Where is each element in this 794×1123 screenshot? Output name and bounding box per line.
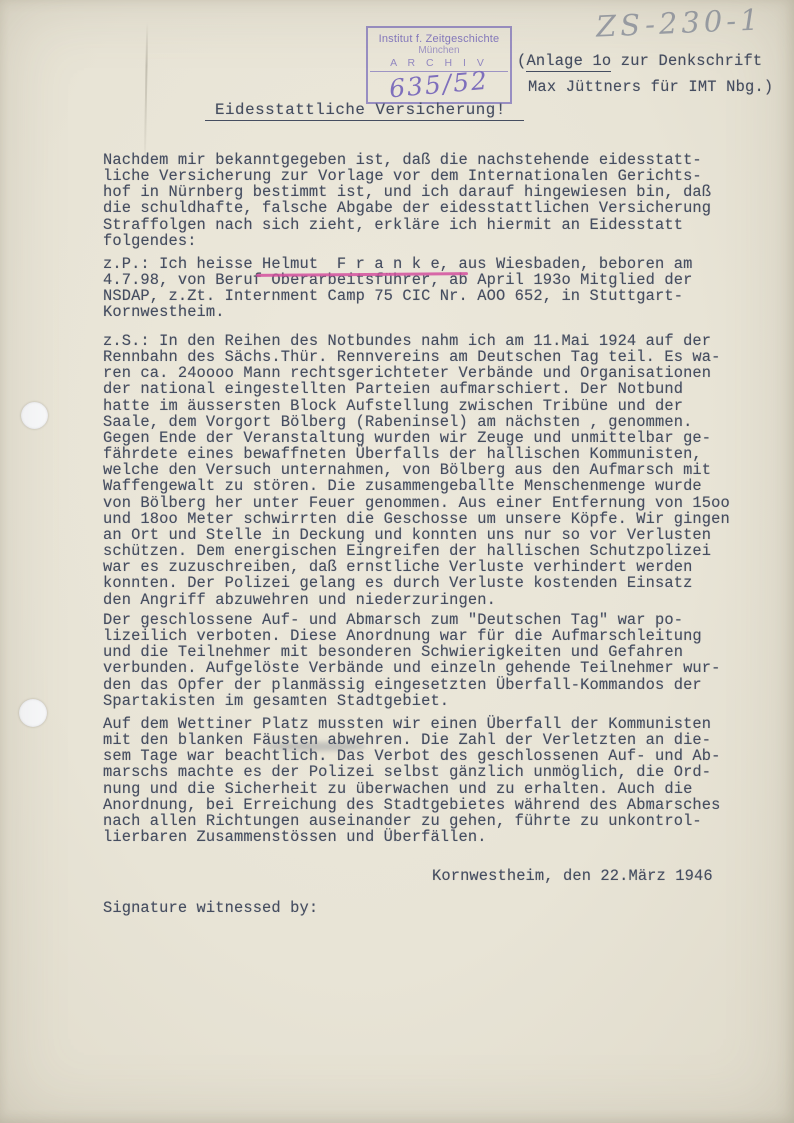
- stamp-institute-name: Institut f. Zeitgeschichte: [368, 33, 510, 45]
- ink-smudge: [266, 742, 366, 751]
- signature-witness-line: Signature witnessed by:: [103, 900, 318, 916]
- anlage-rest: zur Denkschrift: [611, 52, 762, 70]
- paragraph-zur-person: z.P.: Ich heisse Helmut F r a n k e, aus…: [103, 256, 753, 321]
- archive-stamp: Institut f. Zeitgeschichte München A R C…: [366, 26, 512, 104]
- hole-punch-bottom: [19, 699, 47, 727]
- document-page: ZS-230-1 Institut f. Zeitgeschichte Münc…: [0, 0, 794, 1123]
- annotation-anlage-line2: Max Jüttners für IMT Nbg.): [528, 78, 773, 96]
- anlage-number-underlined: Anlage 1o: [526, 52, 611, 72]
- annotation-anlage-line1: (Anlage 1o zur Denkschrift: [517, 52, 762, 70]
- paragraph-intro: Nachdem mir bekanntgegeben ist, daß die …: [103, 152, 753, 249]
- paper-crease: [144, 22, 148, 168]
- handwritten-archive-ref: ZS-230-1: [595, 2, 763, 43]
- document-title: Eidesstattliche Versicherung!: [205, 102, 524, 121]
- hole-punch-top: [21, 402, 48, 429]
- paragraph-abmarsch-verbot: Der geschlossene Auf- und Abmarsch zum "…: [103, 612, 753, 709]
- date-line: Kornwestheim, den 22.März 1946: [432, 868, 713, 884]
- paragraph-zur-sache: z.S.: In den Reihen des Notbundes nahm i…: [103, 333, 753, 608]
- stamp-city: München: [368, 45, 510, 56]
- paragraph-wettiner-platz: Auf dem Wettiner Platz mussten wir einen…: [103, 716, 753, 845]
